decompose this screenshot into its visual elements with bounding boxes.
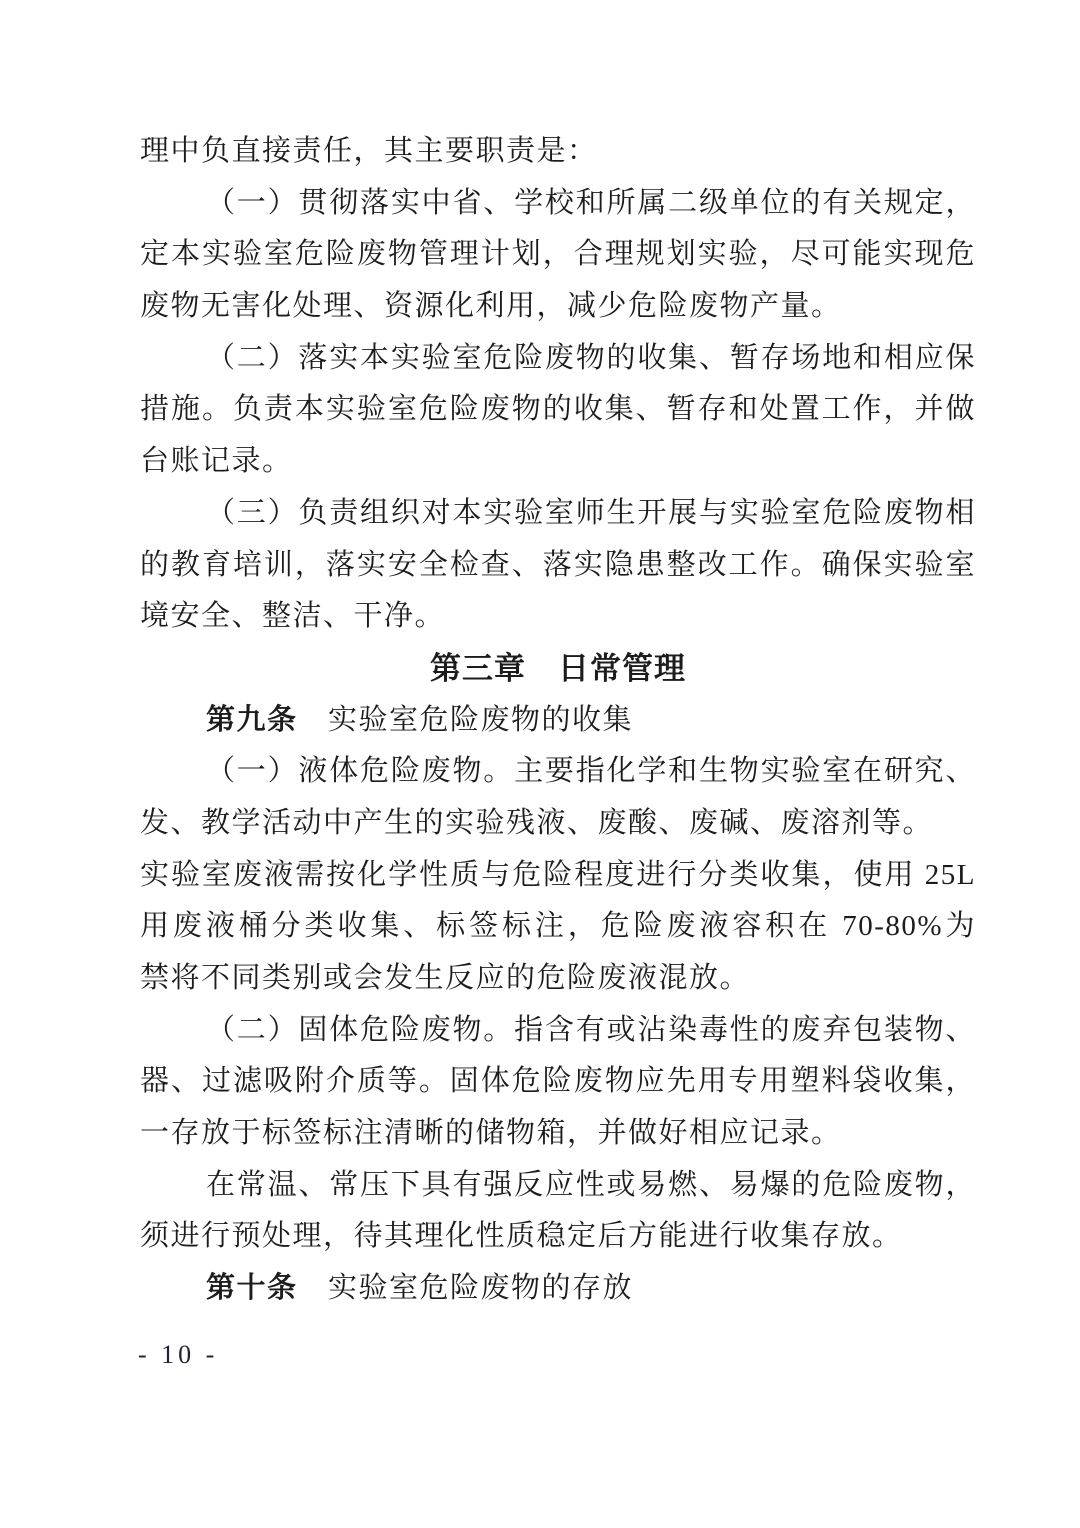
chapter-heading: 第三章 日常管理	[140, 643, 976, 695]
clause-number: 第十条	[206, 1272, 298, 1304]
text-line: 台账记录。	[140, 436, 976, 488]
text-line: （二）落实本实验室危险废物的收集、暂存场地和相应保障	[140, 333, 976, 385]
clause-title: 实验室危险废物的存放	[298, 1272, 634, 1304]
text-line: 理中负直接责任，其主要职责是：	[140, 126, 976, 178]
text-line: 境安全、整洁、干净。	[140, 591, 976, 643]
text-line: （三）负责组织对本实验室师生开展与实验室危险废物相关	[140, 488, 976, 540]
text-line: 实验室废液需按化学性质与危险程度进行分类收集，使用 25L 专	[140, 850, 976, 902]
clause-number: 第九条	[206, 704, 298, 736]
text-line: 定本实验室危险废物管理计划，合理规划实验，尽可能实现危险	[140, 229, 976, 281]
text-line: 措施。负责本实验室危险废物的收集、暂存和处置工作，并做好	[140, 384, 976, 436]
text-line: 的教育培训，落实安全检查、落实隐患整改工作。确保实验室环	[140, 540, 976, 592]
text-line: 器、过滤吸附介质等。固体危险废物应先用专用塑料袋收集，统	[140, 1056, 976, 1108]
page-number: - 10 -	[138, 1340, 218, 1370]
document-page: 理中负直接责任，其主要职责是：（一）贯彻落实中省、学校和所属二级单位的有关规定，…	[0, 0, 1080, 1528]
text-line: 发、教学活动中产生的实验残液、废酸、废碱、废溶剂等。	[140, 798, 976, 850]
text-line: （一）液体危险废物。主要指化学和生物实验室在研究、开	[140, 746, 976, 798]
text-line: 须进行预处理，待其理化性质稳定后方能进行收集存放。	[140, 1211, 976, 1263]
clause-heading-line: 第十条 实验室危险废物的存放	[140, 1263, 976, 1315]
clause-title: 实验室危险废物的收集	[298, 704, 634, 736]
text-line: 废物无害化处理、资源化利用，减少危险废物产量。	[140, 281, 976, 333]
document-body: 理中负直接责任，其主要职责是：（一）贯彻落实中省、学校和所属二级单位的有关规定，…	[140, 126, 976, 1315]
text-line: （二）固体危险废物。指含有或沾染毒性的废弃包装物、容	[140, 1005, 976, 1057]
text-line: 在常温、常压下具有强反应性或易燃、易爆的危险废物，必	[140, 1160, 976, 1212]
text-line: 一存放于标签标注清晰的储物箱，并做好相应记录。	[140, 1108, 976, 1160]
text-line: 用废液桶分类收集、标签标注，危险废液容积在 70-80%为宜，严	[140, 901, 976, 953]
text-line: （一）贯彻落实中省、学校和所属二级单位的有关规定，制	[140, 178, 976, 230]
text-line: 禁将不同类别或会发生反应的危险废液混放。	[140, 953, 976, 1005]
clause-heading-line: 第九条 实验室危险废物的收集	[140, 695, 976, 747]
